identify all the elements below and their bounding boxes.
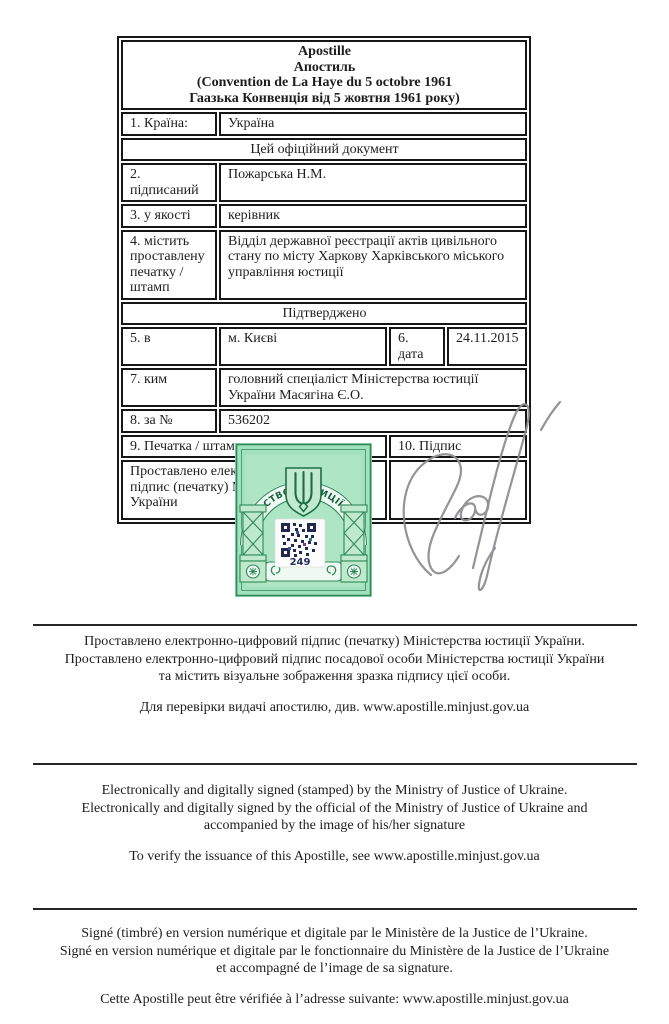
separator-line-3 xyxy=(33,908,637,910)
note-english: Electronically and digitally signed (sta… xyxy=(20,782,649,865)
title-line-convention: Гаазька Конвенція від 5 жовтня 1961 року… xyxy=(130,91,519,107)
separator-line-1 xyxy=(33,624,637,626)
cell-country-label: 1. Країна: xyxy=(121,112,217,136)
title-line-fr: (Convention de La Haye du 5 octobre 1961 xyxy=(130,75,519,91)
verify-url-ua: Для перевірки видачі апостилю, див. www.… xyxy=(20,699,649,717)
note-line: accompanied by the image of his/her sign… xyxy=(20,817,649,835)
qr-code: 249 xyxy=(275,519,325,568)
verify-url-en: To verify the issuance of this Apostille… xyxy=(20,848,649,866)
note-ukrainian: Проставлено електронно-цифровий підпис (… xyxy=(20,633,649,716)
cell-by-label: 7. ким xyxy=(121,368,217,407)
note-line: Проставлено електронно-цифровий підпис (… xyxy=(20,633,649,651)
coat-of-arms-trident-icon xyxy=(286,468,321,516)
table-title: Apostille Апостиль (Convention de La Hay… xyxy=(121,40,527,110)
right-column-ornament xyxy=(341,505,367,582)
note-french: Signé (timbré) en version numérique et d… xyxy=(20,925,649,1008)
note-line: et accompagné de l’image de sa signature… xyxy=(20,960,649,978)
cell-number-label: 8. за № xyxy=(121,409,217,433)
title-line-ua: Апостиль xyxy=(130,60,519,76)
note-line: Electronically and digitally signed by t… xyxy=(20,800,649,818)
cell-signature-header: 10. Підпис xyxy=(389,435,527,459)
section-certified: Підтверджено xyxy=(121,302,527,326)
ministry-of-justice-stamp-icon: МІНІСТЕРСТВО ЮСТИЦІЇ УКРАЇНИ xyxy=(235,443,372,597)
cell-by-value: головний спеціаліст Міністерства юстиції… xyxy=(219,368,527,407)
note-line: та містить візуальне зображення зразка п… xyxy=(20,668,649,686)
left-column-ornament xyxy=(240,505,266,582)
cell-at-label: 5. в xyxy=(121,327,217,366)
cell-capacity-label: 3. у якості xyxy=(121,204,217,228)
cell-seal-value: Відділ державної реєстрації актів цивіль… xyxy=(219,230,527,300)
note-line: Проставлено електронно-цифровий підпис п… xyxy=(20,651,649,669)
apostille-document-page: Apostille Апостиль (Convention de La Hay… xyxy=(0,0,669,1024)
cell-signed-value: Пожарська Н.М. xyxy=(219,163,527,202)
note-line: Signé en version numérique et digitale p… xyxy=(20,943,649,961)
cell-country-value: Україна xyxy=(219,112,527,136)
note-line: Signé (timbré) en version numérique et d… xyxy=(20,925,649,943)
cell-capacity-value: керівник xyxy=(219,204,527,228)
note-line: Electronically and digitally signed (sta… xyxy=(20,782,649,800)
stamp-number: 249 xyxy=(290,557,311,568)
cell-at-value: м. Києві xyxy=(219,327,387,366)
section-official-document: Цей офіційний документ xyxy=(121,138,527,162)
cell-date-label: 6. дата xyxy=(389,327,445,366)
verify-url-fr: Cette Apostille peut être vérifiée à l’a… xyxy=(20,991,649,1009)
cell-number-value: 536202 xyxy=(219,409,527,433)
title-line-en: Apostille xyxy=(130,44,519,60)
cell-date-value: 24.11.2015 xyxy=(447,327,527,366)
cell-signature-area xyxy=(389,460,527,520)
cell-signed-label: 2. підписаний xyxy=(121,163,217,202)
separator-line-2 xyxy=(33,763,637,765)
cell-seal-label: 4. містить проставлену печатку / штамп xyxy=(121,230,217,300)
